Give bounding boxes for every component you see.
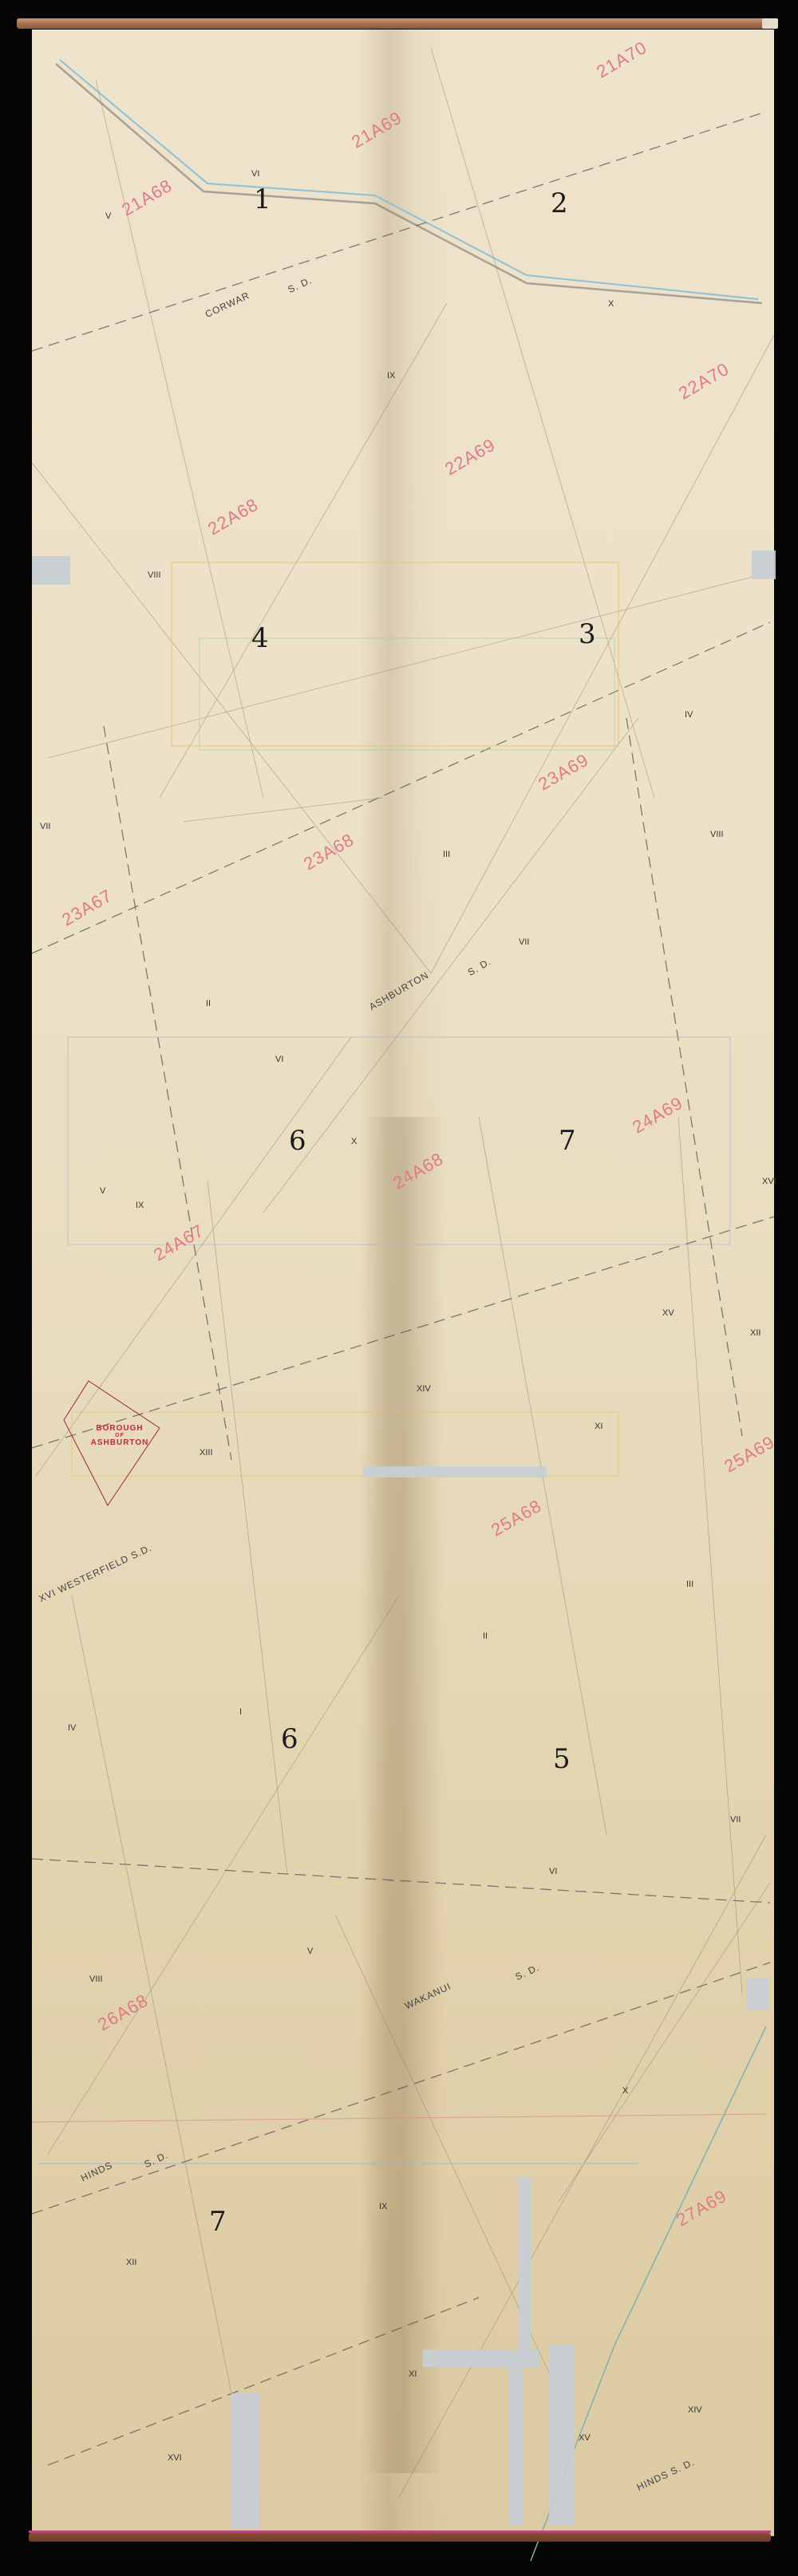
block-numeral: VIII: [89, 1974, 103, 1984]
block-numeral: II: [206, 999, 211, 1008]
block-numeral: X: [622, 2086, 628, 2096]
sheet-number: 1: [254, 183, 271, 215]
repair-tape: [746, 1978, 768, 2010]
block-numeral: VII: [519, 937, 529, 947]
block-numeral: III: [443, 850, 450, 859]
block-numeral: IX: [379, 2202, 387, 2211]
block-numeral: VII: [40, 822, 50, 831]
block-numeral: X: [351, 1137, 357, 1146]
block-numeral: XIII: [199, 1448, 213, 1458]
repair-tape: [509, 2361, 523, 2525]
sheet-number: 4: [251, 622, 269, 654]
block-numeral: VII: [730, 1815, 741, 1825]
sheet-number: 7: [209, 2206, 227, 2238]
repair-tape: [519, 2178, 531, 2361]
block-numeral: XII: [126, 2258, 136, 2267]
block-numeral: XIV: [688, 2405, 702, 2415]
borough-line2: OF: [80, 1433, 160, 1438]
sheet-number: 6: [289, 1125, 306, 1157]
borough-line3: ASHBURTON: [80, 1438, 160, 1447]
block-numeral: XII: [750, 1328, 760, 1338]
block-numeral: XVI: [168, 2453, 182, 2463]
block-numeral: VI: [251, 169, 259, 179]
block-numeral: V: [105, 211, 111, 221]
block-numeral: VIII: [710, 830, 724, 839]
repair-tape: [32, 556, 70, 585]
block-numeral: XV: [579, 2433, 591, 2443]
block-numeral: VI: [549, 1867, 557, 1876]
borough-label: BOROUGH OF ASHBURTON: [80, 1424, 160, 1447]
sheet-number: 6: [281, 1723, 298, 1755]
repair-tape: [549, 2345, 575, 2525]
repair-tape: [752, 550, 776, 579]
block-numeral: XVI: [762, 1177, 776, 1186]
block-numeral: XV: [662, 1308, 674, 1318]
sheet-number: 5: [553, 1743, 571, 1775]
block-numeral: XI: [409, 2369, 417, 2379]
block-numeral: XI: [595, 1422, 602, 1431]
repair-tape: [231, 2393, 259, 2529]
repair-tape: [363, 1466, 547, 1477]
block-numeral: IV: [68, 1723, 76, 1733]
block-numeral: X: [608, 299, 614, 309]
block-numeral: VIII: [148, 570, 161, 580]
bottom-roller: [29, 2533, 771, 2542]
block-numeral: V: [307, 1947, 313, 1956]
sheet-number: 2: [551, 187, 568, 219]
sheet-number: 3: [579, 618, 596, 650]
borough-line1: BOROUGH: [80, 1424, 160, 1433]
block-numeral: IV: [685, 710, 693, 720]
sheet-number: 7: [559, 1125, 576, 1157]
block-numeral: XIV: [417, 1384, 431, 1394]
block-numeral: V: [100, 1186, 105, 1196]
block-numeral: IX: [387, 371, 395, 381]
block-numeral: I: [239, 1707, 242, 1717]
block-numeral: VI: [275, 1055, 283, 1064]
block-numeral: II: [483, 1631, 488, 1641]
roller-binding: [29, 2531, 771, 2533]
block-numeral: III: [686, 1580, 693, 1589]
block-numeral: IX: [136, 1201, 144, 1210]
